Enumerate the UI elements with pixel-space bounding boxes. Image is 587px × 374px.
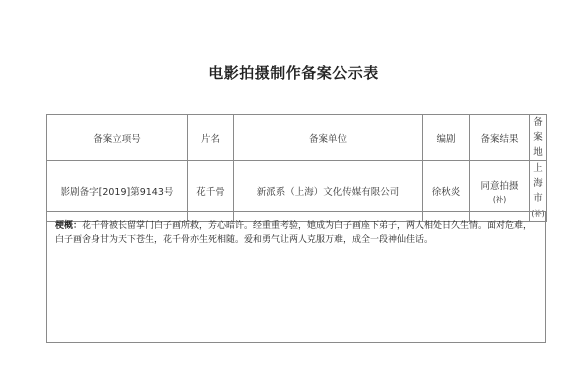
place-char: 上	[530, 161, 546, 176]
header-filing-number: 备案立项号	[47, 115, 188, 161]
header-place-char: 地	[530, 145, 546, 160]
header-place-char: 备	[530, 115, 546, 130]
result-main: 同意拍摄	[480, 181, 518, 192]
result-note: (补)	[470, 194, 529, 205]
synopsis-box: 梗概：花千骨被长留掌门白子画所救，芳心暗许。经重重考验，她成为白子画座下弟子，两…	[46, 211, 546, 343]
synopsis-label: 梗概：	[55, 221, 82, 231]
table-header-row: 备案立项号 片名 备案单位 编剧 备案结果 备 案 地	[47, 115, 547, 161]
page-title: 电影拍摄制作备案公示表	[0, 62, 587, 83]
synopsis-text: 花千骨被长留掌门白子画所救，芳心暗许。经重重考验，她成为白子画座下弟子，两人相处…	[55, 221, 532, 245]
header-screenwriter: 编剧	[423, 115, 470, 161]
filing-table: 备案立项号 片名 备案单位 编剧 备案结果 备 案 地 影剧备字[2019]第9…	[46, 114, 547, 222]
header-place-char: 案	[530, 130, 546, 145]
header-place: 备 案 地	[530, 115, 547, 161]
header-filing-unit: 备案单位	[234, 115, 423, 161]
place-char: 市	[530, 191, 546, 206]
header-result: 备案结果	[470, 115, 530, 161]
header-film-title: 片名	[188, 115, 234, 161]
place-char: 海	[530, 176, 546, 191]
